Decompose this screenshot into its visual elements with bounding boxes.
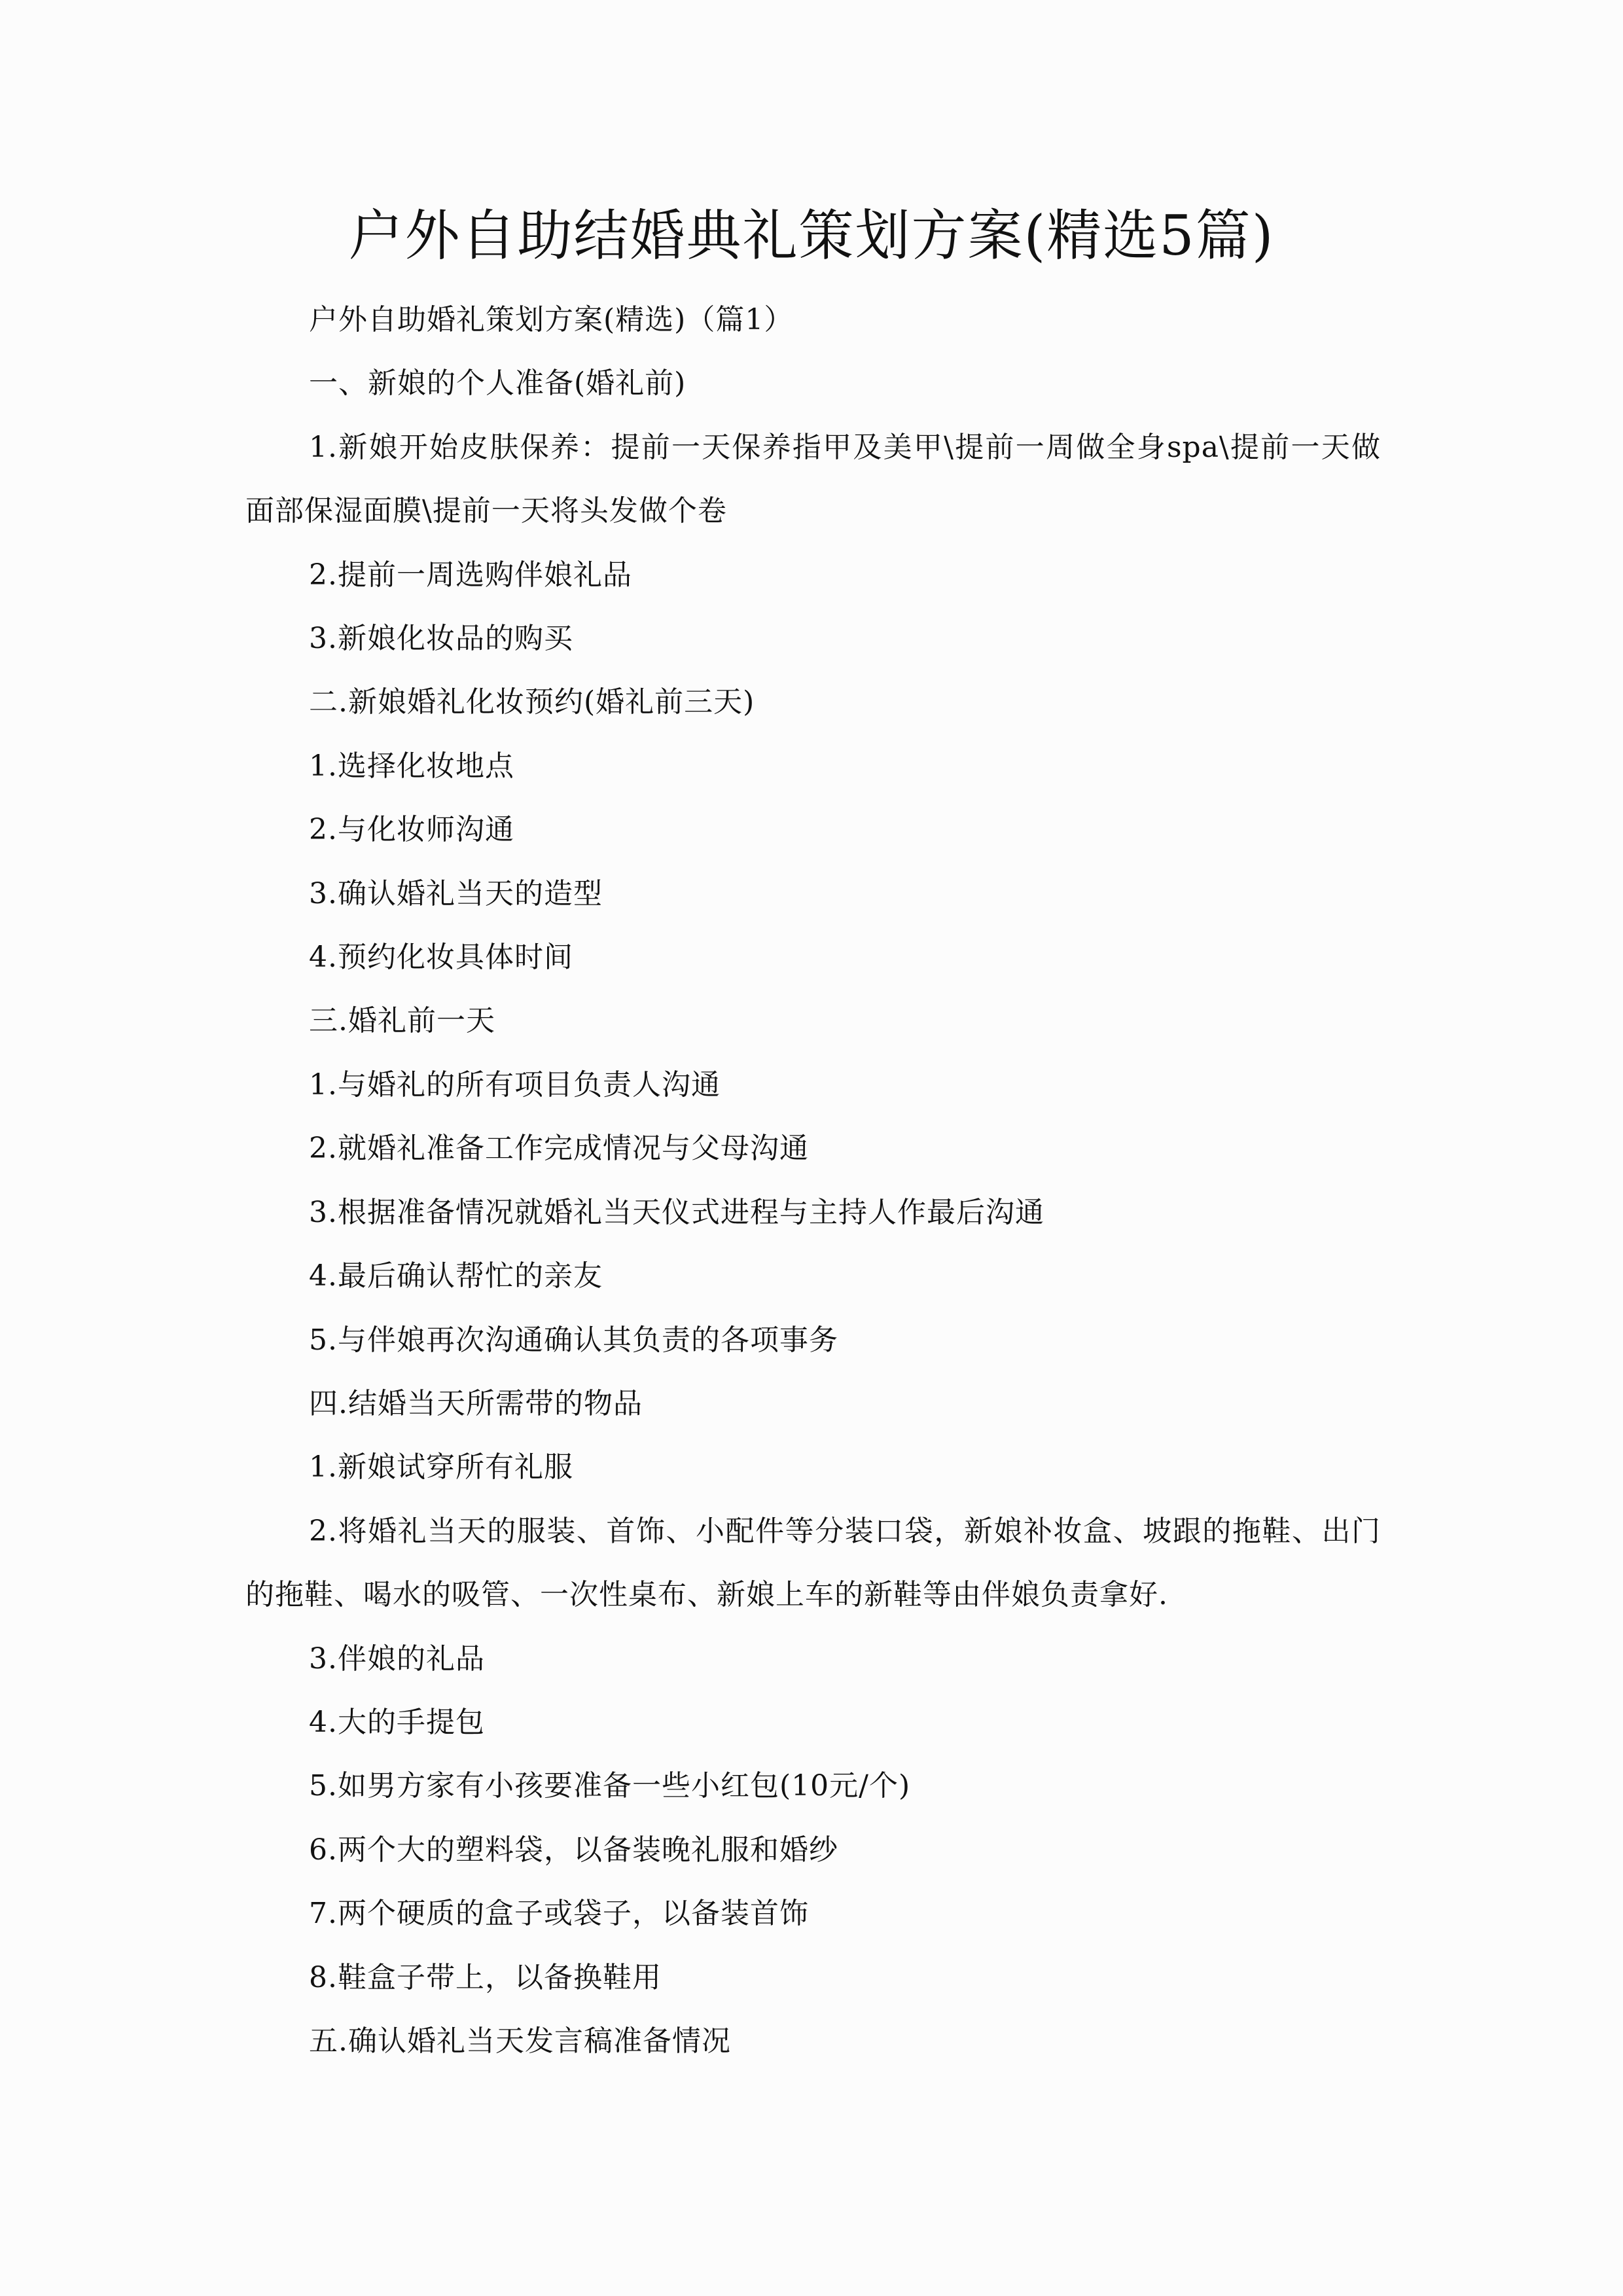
- document-body: 户外自助婚礼策划方案(精选)（篇1） 一、新娘的个人准备(婚礼前) 1.新娘开始…: [245, 288, 1381, 2073]
- list-item: 3.伴娘的礼品: [245, 1627, 1381, 1691]
- section-heading: 二.新娘婚礼化妆预约(婚礼前三天): [245, 670, 1381, 734]
- list-item: 7.两个硬质的盒子或袋子，以备装首饰: [245, 1882, 1381, 1945]
- list-item: 3.新娘化妆品的购买: [245, 607, 1381, 670]
- list-item: 8.鞋盒子带上，以备换鞋用: [245, 1946, 1381, 2009]
- section-heading: 五.确认婚礼当天发言稿准备情况: [245, 2009, 1381, 2073]
- list-item: 1.新娘开始皮肤保养：提前一天保养指甲及美甲\提前一周做全身spa\提前一天做面…: [245, 416, 1381, 543]
- list-item: 2.提前一周选购伴娘礼品: [245, 543, 1381, 607]
- list-item: 3.根据准备情况就婚礼当天仪式进程与主持人作最后沟通: [245, 1181, 1381, 1244]
- list-item: 4.预约化妆具体时间: [245, 925, 1381, 989]
- section-subtitle: 户外自助婚礼策划方案(精选)（篇1）: [245, 288, 1381, 351]
- list-item: 5.与伴娘再次沟通确认其负责的各项事务: [245, 1308, 1381, 1372]
- list-item: 1.与婚礼的所有项目负责人沟通: [245, 1053, 1381, 1117]
- list-item: 2.就婚礼准备工作完成情况与父母沟通: [245, 1117, 1381, 1180]
- list-item: 3.确认婚礼当天的造型: [245, 862, 1381, 925]
- list-item: 5.如男方家有小孩要准备一些小红包(10元/个): [245, 1754, 1381, 1818]
- list-item: 4.最后确认帮忙的亲友: [245, 1244, 1381, 1308]
- list-item: 2.将婚礼当天的服装、首饰、小配件等分装口袋，新娘补妆盒、坡跟的拖鞋、出门的拖鞋…: [245, 1499, 1381, 1627]
- list-item: 2.与化妆师沟通: [245, 798, 1381, 861]
- list-item: 6.两个大的塑料袋，以备装晚礼服和婚纱: [245, 1818, 1381, 1882]
- document-title: 户外自助结婚典礼策划方案(精选5篇): [0, 200, 1623, 272]
- list-item: 1.选择化妆地点: [245, 734, 1381, 798]
- list-item: 4.大的手提包: [245, 1691, 1381, 1754]
- list-item: 1.新娘试穿所有礼服: [245, 1435, 1381, 1499]
- section-heading: 四.结婚当天所需带的物品: [245, 1372, 1381, 1435]
- section-heading: 一、新娘的个人准备(婚礼前): [245, 351, 1381, 415]
- section-heading: 三.婚礼前一天: [245, 989, 1381, 1052]
